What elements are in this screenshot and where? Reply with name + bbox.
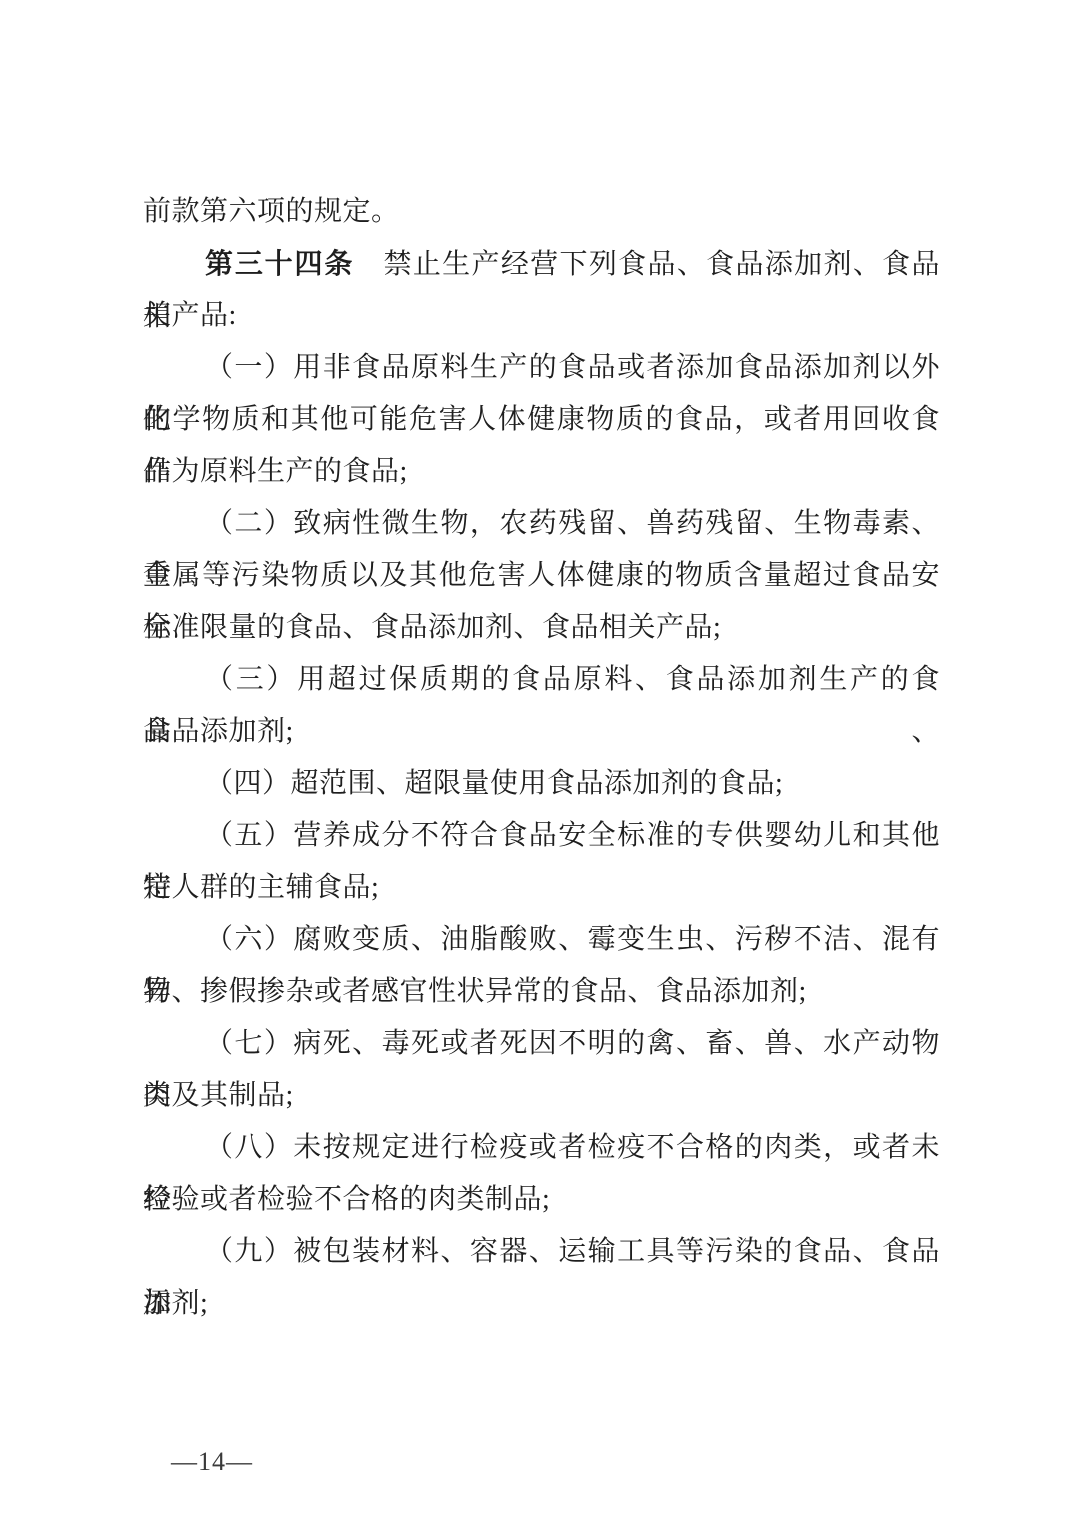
line-text: 关产品: xyxy=(143,300,237,331)
text-line: 关产品: xyxy=(143,290,940,342)
text-line: （六）腐败变质、油脂酸败、霉变生虫、污秽不洁、混有异 xyxy=(143,914,940,966)
text-line: （五）营养成分不符合食品安全标准的专供婴幼儿和其他特 xyxy=(143,810,940,862)
text-line: 检验或者检验不合格的肉类制品; xyxy=(143,1174,940,1226)
text-line: 物、掺假掺杂或者感官性状异常的食品、食品添加剂; xyxy=(143,966,940,1018)
text-line: （四）超范围、超限量使用食品添加剂的食品; xyxy=(143,758,940,810)
text-line: 定人群的主辅食品; xyxy=(143,862,940,914)
text-line: （九）被包装材料、容器、运输工具等污染的食品、食品添 xyxy=(143,1226,940,1278)
article-number-bold: 第三十四条 xyxy=(205,248,354,279)
text-line: （三）用超过保质期的食品原料、食品添加剂生产的食品、 xyxy=(143,654,940,706)
document-page: 前款第六项的规定。 第三十四条 禁止生产经营下列食品、食品添加剂、食品相 关产品… xyxy=(0,0,1074,1520)
text-line: 类及其制品; xyxy=(143,1070,940,1122)
text-line: 第三十四条 禁止生产经营下列食品、食品添加剂、食品相 xyxy=(143,238,940,290)
line-text: 检验或者检验不合格的肉类制品; xyxy=(143,1184,550,1215)
text-line: 前款第六项的规定。 xyxy=(143,186,940,238)
article-text-block: 前款第六项的规定。 第三十四条 禁止生产经营下列食品、食品添加剂、食品相 关产品… xyxy=(143,186,940,1330)
text-line: 化学物质和其他可能危害人体健康物质的食品，或者用回收食品 xyxy=(143,394,940,446)
line-text: 物、掺假掺杂或者感官性状异常的食品、食品添加剂; xyxy=(143,976,807,1007)
line-text: 定人群的主辅食品; xyxy=(143,872,379,903)
text-line: 作为原料生产的食品; xyxy=(143,446,940,498)
line-text: 加剂; xyxy=(143,1288,208,1319)
line-text: 类及其制品; xyxy=(143,1080,294,1111)
text-line: （七）病死、毒死或者死因不明的禽、畜、兽、水产动物肉 xyxy=(143,1018,940,1070)
page-number: —14— xyxy=(171,1440,253,1484)
text-line: 标准限量的食品、食品添加剂、食品相关产品; xyxy=(143,602,940,654)
text-line: 加剂; xyxy=(143,1278,940,1330)
line-text: （四）超范围、超限量使用食品添加剂的食品; xyxy=(205,768,783,799)
line-text: 标准限量的食品、食品添加剂、食品相关产品; xyxy=(143,612,721,643)
text-line: （八）未按规定进行检疫或者检疫不合格的肉类，或者未经 xyxy=(143,1122,940,1174)
line-text: 食品添加剂; xyxy=(143,716,294,747)
line-text: 作为原料生产的食品; xyxy=(143,456,408,487)
text-line: （一）用非食品原料生产的食品或者添加食品添加剂以外的 xyxy=(143,342,940,394)
text-line: （二）致病性微生物，农药残留、兽药残留、生物毒素、重 xyxy=(143,498,940,550)
text-line: 金属等污染物质以及其他危害人体健康的物质含量超过食品安全 xyxy=(143,550,940,602)
line-text: 前款第六项的规定。 xyxy=(143,196,400,227)
